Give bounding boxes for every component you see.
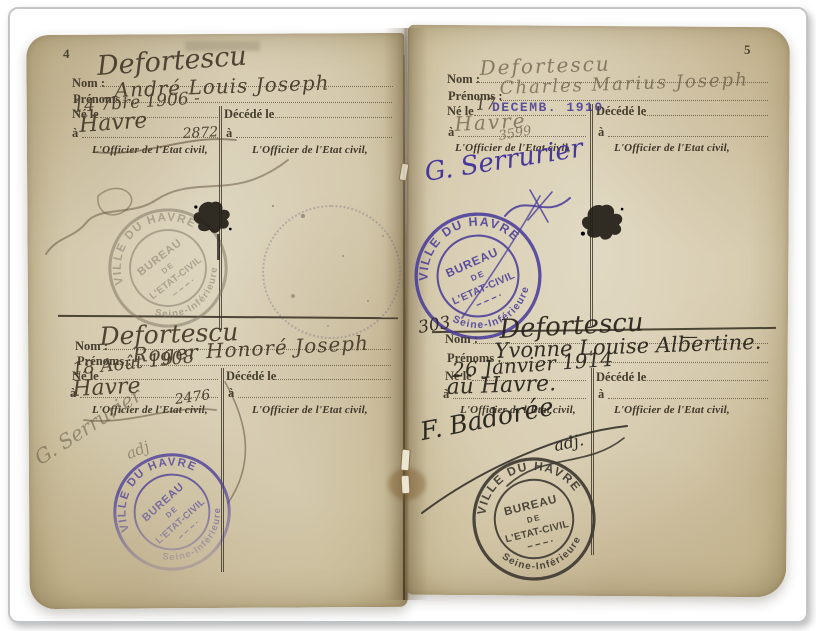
svg-text:DE: DE [526, 513, 542, 525]
ghost-stamp-impression [262, 205, 401, 339]
a-label: à [598, 125, 604, 140]
underline-flourish [90, 128, 240, 158]
ink-blot [578, 202, 627, 244]
ruled-line [608, 398, 768, 399]
page-number-left: 4 [63, 46, 70, 62]
decede-le-label: Décédé le [596, 370, 646, 385]
ink-speckles [272, 205, 274, 207]
ruled-line [274, 379, 391, 380]
binding-thread [400, 449, 411, 472]
ruled-line [236, 137, 392, 138]
svg-text:DE: DE [469, 269, 486, 283]
decede-le-label: Décédé le [224, 107, 274, 122]
ruled-line [272, 117, 392, 118]
ink-blot [190, 198, 234, 238]
page-number-right: 5 [744, 42, 751, 58]
decede-le-label: Décédé le [596, 104, 646, 119]
ruled-line [608, 136, 768, 137]
nom-label: Nom : [447, 72, 480, 87]
a-label: à [448, 125, 454, 140]
binding-thread [401, 475, 411, 494]
officier-label: L'Officier de l'Etat civil, [252, 404, 368, 416]
fold-crease-line [403, 55, 405, 600]
svg-text:L'ETAT-CIVIL: L'ETAT-CIVIL [504, 519, 570, 545]
nom-label: Nom : [445, 332, 478, 347]
ruled-line [644, 115, 768, 116]
ruled-line [644, 380, 768, 381]
ink-drip [217, 234, 220, 260]
a-label: à [72, 126, 78, 141]
scanned-family-record-photo: 4 5 Nom : Defortescu Prénoms : André Lou… [0, 0, 816, 631]
officier-label: L'Officier de l'Etat civil, [614, 142, 730, 154]
